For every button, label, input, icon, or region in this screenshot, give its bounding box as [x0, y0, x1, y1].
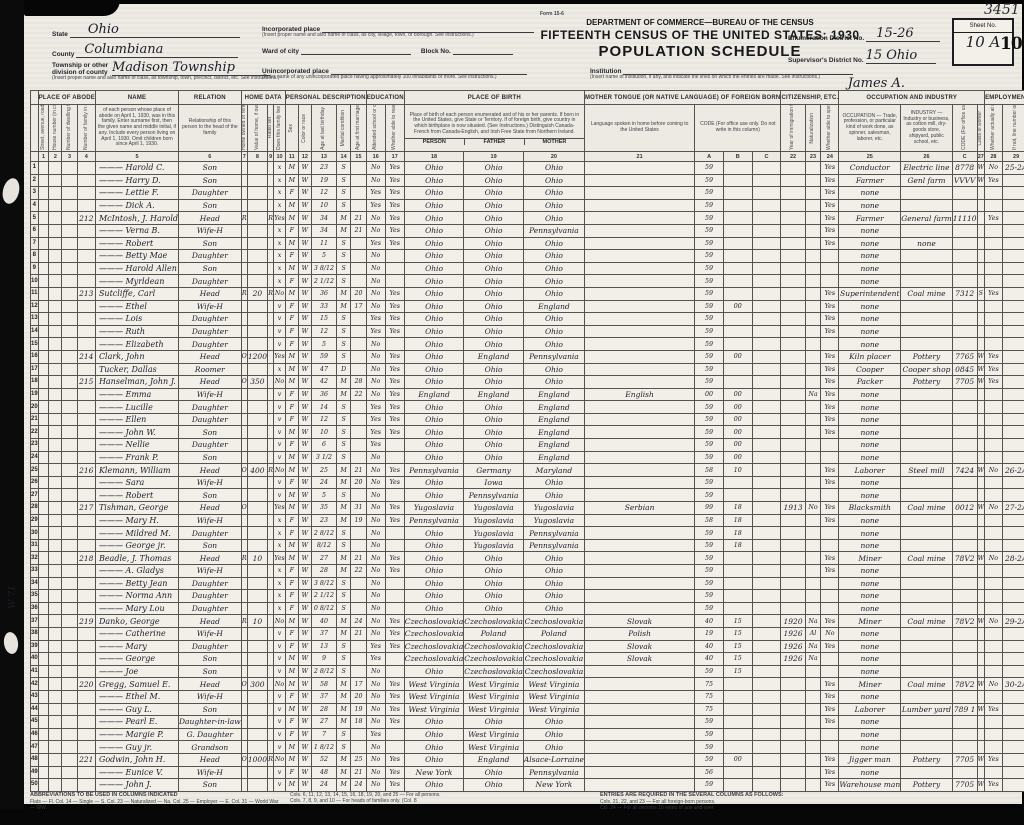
naturalization — [805, 325, 821, 338]
industry — [901, 590, 952, 603]
column-number — [31, 152, 39, 162]
county-field: County Columbiana — [52, 42, 238, 58]
sex: M — [285, 615, 298, 628]
dwelling-number — [62, 728, 77, 741]
occupation: none — [839, 690, 901, 703]
color-race: W — [298, 451, 311, 464]
at-work — [985, 741, 1003, 754]
occupation-code — [952, 439, 977, 452]
read-write — [385, 602, 404, 615]
worker-class — [977, 527, 984, 540]
marital-condition: M — [337, 212, 351, 225]
family-number — [77, 653, 95, 666]
family-number — [77, 489, 95, 502]
sex: F — [285, 728, 298, 741]
family-number — [77, 514, 95, 527]
code-a: 59 — [695, 212, 724, 225]
naturalization — [805, 275, 821, 288]
street — [38, 174, 49, 187]
column-description: Naturalization — [805, 105, 821, 152]
street — [38, 678, 49, 691]
age: 5 — [311, 250, 336, 263]
name: ——— Emma — [95, 388, 178, 401]
birthplace-father: Ohio — [464, 363, 524, 376]
birthplace-mother: Czechoslovakia — [523, 640, 584, 653]
read-write: Yes — [385, 690, 404, 703]
birthplace-mother: Maryland — [523, 464, 584, 477]
code-c — [752, 363, 781, 376]
immigration-year — [781, 199, 805, 212]
sex: F — [285, 224, 298, 237]
marital-condition: M — [337, 565, 351, 578]
speaks-english: Yes — [821, 476, 839, 489]
naturalization — [805, 590, 821, 603]
code-b — [723, 325, 752, 338]
worker-class: W — [977, 376, 984, 389]
home-value — [247, 653, 267, 666]
pob-sublabel: FATHER — [464, 139, 524, 145]
marital-condition: M — [337, 476, 351, 489]
punch-hole — [0, 176, 22, 205]
name: ——— John W. — [95, 426, 178, 439]
sex: F — [285, 413, 298, 426]
marital-condition: S — [337, 162, 351, 175]
color-race: W — [298, 262, 311, 275]
worker-class — [977, 627, 984, 640]
birthplace-mother: Ohio — [523, 250, 584, 263]
naturalization — [805, 350, 821, 363]
name: Klemann, William — [95, 464, 178, 477]
sex: M — [285, 376, 298, 389]
birthplace-mother: Ohio — [523, 237, 584, 250]
age-first-marriage: 18 — [351, 716, 366, 729]
house-number — [49, 716, 62, 729]
lives-on-farm: v — [274, 489, 286, 502]
home-value — [247, 741, 267, 754]
immigration-year — [781, 476, 805, 489]
code-a: 59 — [695, 753, 724, 766]
code-c — [752, 514, 781, 527]
column-number: 26 — [901, 152, 952, 162]
column-description: Value of home, if owned, or monthly rent… — [247, 105, 267, 152]
at-work — [985, 514, 1003, 527]
relation: Head — [179, 287, 242, 300]
name: ——— Pearl E. — [95, 716, 178, 729]
home-owned-or-rented: O — [241, 753, 247, 766]
census-record-row: 5212McIntosh, J. HaroldHeadRRYesMW34M21N… — [31, 212, 1024, 225]
birthplace-person: Ohio — [404, 376, 464, 389]
sex: M — [285, 426, 298, 439]
street — [38, 300, 49, 313]
immigration-year — [781, 577, 805, 590]
dwelling-number — [62, 401, 77, 414]
age: 34 — [311, 224, 336, 237]
pob-sublabel: MOTHER — [524, 139, 584, 145]
marital-condition: S — [337, 199, 351, 212]
code-a: 40 — [695, 640, 724, 653]
street — [38, 690, 49, 703]
read-write: Yes — [385, 224, 404, 237]
attended-school: Yes — [366, 439, 385, 452]
name: ——— Myrldean — [95, 275, 178, 288]
birthplace-father: Ohio — [464, 212, 524, 225]
attended-school: Yes — [366, 728, 385, 741]
age-first-marriage: 21 — [351, 464, 366, 477]
relation: Daughter — [179, 325, 242, 338]
family-number — [77, 766, 95, 779]
name: ——— Joe — [95, 665, 178, 678]
age: 6 — [311, 439, 336, 452]
column-number: A — [695, 152, 724, 162]
industry — [901, 728, 952, 741]
read-write: Yes — [385, 426, 404, 439]
family-number — [77, 224, 95, 237]
birthplace-father: Czechoslovakia — [464, 640, 524, 653]
lives-on-farm: v — [274, 627, 286, 640]
read-write — [385, 250, 404, 263]
at-work — [985, 489, 1003, 502]
house-number — [49, 753, 62, 766]
name: ——— Ellen — [95, 413, 178, 426]
unemployment-line — [1002, 287, 1024, 300]
mother-tongue — [584, 741, 694, 754]
age-first-marriage — [351, 426, 366, 439]
marital-condition: S — [337, 728, 351, 741]
name: ——— Lois — [95, 313, 178, 326]
industry: Coal mine — [901, 502, 952, 515]
at-work: No — [985, 552, 1003, 565]
industry — [901, 514, 952, 527]
speaks-english — [821, 527, 839, 540]
code-a: 59 — [695, 376, 724, 389]
home-value — [247, 640, 267, 653]
read-write — [385, 439, 404, 452]
code-a: 59 — [695, 287, 724, 300]
industry — [901, 300, 952, 313]
attended-school: Yes — [366, 325, 385, 338]
speaks-english — [821, 439, 839, 452]
birthplace-person: Ohio — [404, 439, 464, 452]
census-record-row: 33——— A. GladysWife-HxFW28M22NoYesOhioOh… — [31, 565, 1024, 578]
occupation-code — [952, 665, 977, 678]
relation: Son — [179, 539, 242, 552]
marital-condition: M — [337, 766, 351, 779]
at-work — [985, 401, 1003, 414]
age: 7 — [311, 728, 336, 741]
at-work — [985, 224, 1003, 237]
line-number: 9 — [31, 262, 39, 275]
relation: Wife-H — [179, 627, 242, 640]
naturalization — [805, 338, 821, 351]
family-number — [77, 565, 95, 578]
color-race: W — [298, 313, 311, 326]
naturalization — [805, 174, 821, 187]
birthplace-father: Ohio — [464, 325, 524, 338]
family-number — [77, 237, 95, 250]
code-c — [752, 451, 781, 464]
naturalization — [805, 224, 821, 237]
marital-condition: M — [337, 779, 351, 792]
dwelling-number — [62, 187, 77, 200]
mother-tongue — [584, 212, 694, 225]
line-number: 43 — [31, 690, 39, 703]
code-c — [752, 753, 781, 766]
at-work — [985, 602, 1003, 615]
code-c — [752, 640, 781, 653]
code-a: 59 — [695, 237, 724, 250]
marital-condition: S — [337, 413, 351, 426]
read-write: Yes — [385, 627, 404, 640]
naturalization — [805, 716, 821, 729]
speaks-english — [821, 338, 839, 351]
relation: Son — [179, 426, 242, 439]
column-number: 8 — [247, 152, 267, 162]
code-a: 59 — [695, 602, 724, 615]
lives-on-farm: v — [274, 640, 286, 653]
immigration-year — [781, 162, 805, 175]
line-number: 40 — [31, 653, 39, 666]
code-a: 59 — [695, 439, 724, 452]
unemployment-line — [1002, 653, 1024, 666]
occupation-code — [952, 653, 977, 666]
birthplace-mother: Pennsylvania — [523, 539, 584, 552]
birthplace-mother: Ohio — [523, 602, 584, 615]
sex: F — [285, 577, 298, 590]
at-work: No — [985, 615, 1003, 628]
worker-class: W — [977, 779, 984, 792]
code-a: 59 — [695, 539, 724, 552]
marital-condition: D — [337, 363, 351, 376]
age-first-marriage — [351, 350, 366, 363]
immigration-year — [781, 451, 805, 464]
line-number: 21 — [31, 413, 39, 426]
column-description-row: Street, avenue, road, etc.House number (… — [31, 105, 1024, 152]
birthplace-mother: Ohio — [523, 287, 584, 300]
worker-class — [977, 313, 984, 326]
birthplace-person: Ohio — [404, 250, 464, 263]
street — [38, 401, 49, 414]
marital-condition: S — [337, 275, 351, 288]
industry — [901, 388, 952, 401]
street — [38, 565, 49, 578]
family-number — [77, 388, 95, 401]
relation: G. Daughter — [179, 728, 242, 741]
attended-school: No — [366, 514, 385, 527]
naturalization: Na — [805, 388, 821, 401]
at-work — [985, 439, 1003, 452]
line-number: 36 — [31, 602, 39, 615]
birthplace-mother: Ohio — [523, 376, 584, 389]
family-number — [77, 451, 95, 464]
code-c — [752, 615, 781, 628]
dwelling-number — [62, 338, 77, 351]
color-race: W — [298, 212, 311, 225]
age: 36 — [311, 287, 336, 300]
mother-tongue — [584, 514, 694, 527]
immigration-year — [781, 388, 805, 401]
birthplace-father: Yugoslavia — [464, 514, 524, 527]
code-b — [723, 174, 752, 187]
birthplace-father: Yugoslavia — [464, 539, 524, 552]
attended-school: No — [366, 451, 385, 464]
birthplace-person: Ohio — [404, 199, 464, 212]
birthplace-mother: Ohio — [523, 187, 584, 200]
mother-tongue — [584, 401, 694, 414]
house-number — [49, 363, 62, 376]
house-number — [49, 502, 62, 515]
age: 34 — [311, 212, 336, 225]
birthplace-mother: Pennsylvania — [523, 350, 584, 363]
lives-on-farm: x — [274, 224, 286, 237]
birthplace-person: Ohio — [404, 338, 464, 351]
attended-school: No — [366, 376, 385, 389]
speaks-english: Yes — [821, 753, 839, 766]
mother-tongue — [584, 728, 694, 741]
read-write — [385, 451, 404, 464]
dwelling-number — [62, 174, 77, 187]
birthplace-person: England — [404, 388, 464, 401]
code-c — [752, 187, 781, 200]
lives-on-farm: x — [274, 187, 286, 200]
immigration-year — [781, 300, 805, 313]
age: 3 8/12 — [311, 262, 336, 275]
color-race: W — [298, 162, 311, 175]
worker-class — [977, 338, 984, 351]
family-number — [77, 539, 95, 552]
age-first-marriage — [351, 275, 366, 288]
home-value — [247, 275, 267, 288]
birthplace-mother: Pennsylvania — [523, 766, 584, 779]
immigration-year — [781, 287, 805, 300]
column-number: 4 — [77, 152, 95, 162]
code-c — [752, 728, 781, 741]
at-work — [985, 476, 1003, 489]
unemployment-line — [1002, 514, 1024, 527]
age: 5 — [311, 489, 336, 502]
family-number — [77, 413, 95, 426]
radio-set: R — [267, 753, 273, 766]
read-write — [385, 338, 404, 351]
age: 28 — [311, 703, 336, 716]
mother-tongue — [584, 313, 694, 326]
worker-class — [977, 653, 984, 666]
speaks-english: Yes — [821, 426, 839, 439]
dwelling-number — [62, 527, 77, 540]
at-work — [985, 577, 1003, 590]
speaks-english: Yes — [821, 237, 839, 250]
industry — [901, 527, 952, 540]
family-number: 214 — [77, 350, 95, 363]
unemployment-line: 27-2A — [1002, 502, 1024, 515]
code-a: 59 — [695, 590, 724, 603]
speaks-english: Yes — [821, 716, 839, 729]
column-number: 1 — [38, 152, 49, 162]
relation: Daughter — [179, 401, 242, 414]
mother-tongue — [584, 716, 694, 729]
at-work: Yes — [985, 376, 1003, 389]
worker-class — [977, 640, 984, 653]
home-value — [247, 577, 267, 590]
birthplace-father: Ohio — [464, 401, 524, 414]
occupation: Packer — [839, 376, 901, 389]
attended-school: No — [366, 162, 385, 175]
census-record-row: 35——— Norma AnnDaughterxFW2 1/12SNoOhioO… — [31, 590, 1024, 603]
line-number: 2 — [31, 174, 39, 187]
home-value — [247, 514, 267, 527]
home-value — [247, 363, 267, 376]
house-number — [49, 237, 62, 250]
house-number — [49, 640, 62, 653]
color-race: W — [298, 174, 311, 187]
birthplace-father: England — [464, 388, 524, 401]
industry: Pottery — [901, 376, 952, 389]
mother-tongue — [584, 325, 694, 338]
house-number — [49, 250, 62, 263]
street — [38, 779, 49, 792]
speaks-english — [821, 665, 839, 678]
occupation-code — [952, 199, 977, 212]
column-number: 18 — [404, 152, 464, 162]
street — [38, 451, 49, 464]
birthplace-father: Ohio — [464, 426, 524, 439]
census-record-row: 28217Tishman, GeorgeHeadOYesMW35M31NoYes… — [31, 502, 1024, 515]
worker-class — [977, 300, 984, 313]
code-b — [723, 275, 752, 288]
read-write: Yes — [385, 401, 404, 414]
mother-tongue — [584, 779, 694, 792]
birthplace-person: Ohio — [404, 590, 464, 603]
industry: Pottery — [901, 350, 952, 363]
dwelling-number — [62, 565, 77, 578]
birthplace-father: Ohio — [464, 224, 524, 237]
attended-school: No — [366, 527, 385, 540]
sex: F — [285, 275, 298, 288]
age: 24 — [311, 476, 336, 489]
industry — [901, 187, 952, 200]
attended-school: No — [366, 287, 385, 300]
census-record-row: 36——— Mary LouDaughterxFW0 8/12SNoOhioOh… — [31, 602, 1024, 615]
home-value — [247, 388, 267, 401]
age: 3 1/2 — [311, 451, 336, 464]
at-work: No — [985, 162, 1003, 175]
census-record-row: 12——— EthelWife-HvFW33M17NoYesOhioOhioEn… — [31, 300, 1024, 313]
at-work — [985, 262, 1003, 275]
line-number: 25 — [31, 464, 39, 477]
census-record-row: 25216Klemann, WilliamHeadO400RNoMW25M21N… — [31, 464, 1024, 477]
home-value — [247, 439, 267, 452]
birthplace-father: Iowa — [464, 476, 524, 489]
line-number: 27 — [31, 489, 39, 502]
unemployment-line — [1002, 388, 1024, 401]
lives-on-farm: v — [274, 653, 286, 666]
home-value — [247, 703, 267, 716]
home-owned-or-rented: O — [241, 376, 247, 389]
at-work — [985, 527, 1003, 540]
unemployment-line — [1002, 439, 1024, 452]
immigration-year — [781, 464, 805, 477]
birthplace-person: Ohio — [404, 552, 464, 565]
read-write: Yes — [385, 502, 404, 515]
house-number — [49, 338, 62, 351]
lives-on-farm: v — [274, 728, 286, 741]
age-first-marriage — [351, 527, 366, 540]
street — [38, 602, 49, 615]
naturalization — [805, 250, 821, 263]
home-value — [247, 565, 267, 578]
occupation-code — [952, 401, 977, 414]
occupation: Jigger man — [839, 753, 901, 766]
color-race: W — [298, 224, 311, 237]
